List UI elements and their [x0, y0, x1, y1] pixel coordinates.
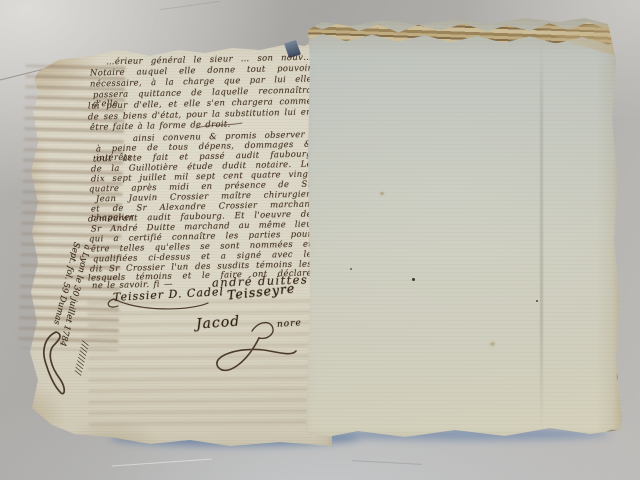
photograph-of-manuscript: …érieur général le sieur … son nouv… Not… — [0, 0, 640, 480]
notary-abbreviation: nore — [277, 319, 302, 330]
right-page-blank — [300, 12, 628, 448]
marginal-note: à Lyon le 30 juillet 1784 Sept. fol. 59 … — [34, 241, 92, 392]
fox-spot — [490, 342, 495, 346]
fox-spot — [380, 192, 384, 195]
ink-speck — [536, 300, 538, 302]
ink-speck — [412, 278, 415, 281]
signature-notary: Jacod — [196, 314, 241, 331]
paper-crease — [540, 42, 543, 432]
ink-speck — [350, 268, 352, 270]
hatch-marks: ////////// — [72, 339, 90, 375]
